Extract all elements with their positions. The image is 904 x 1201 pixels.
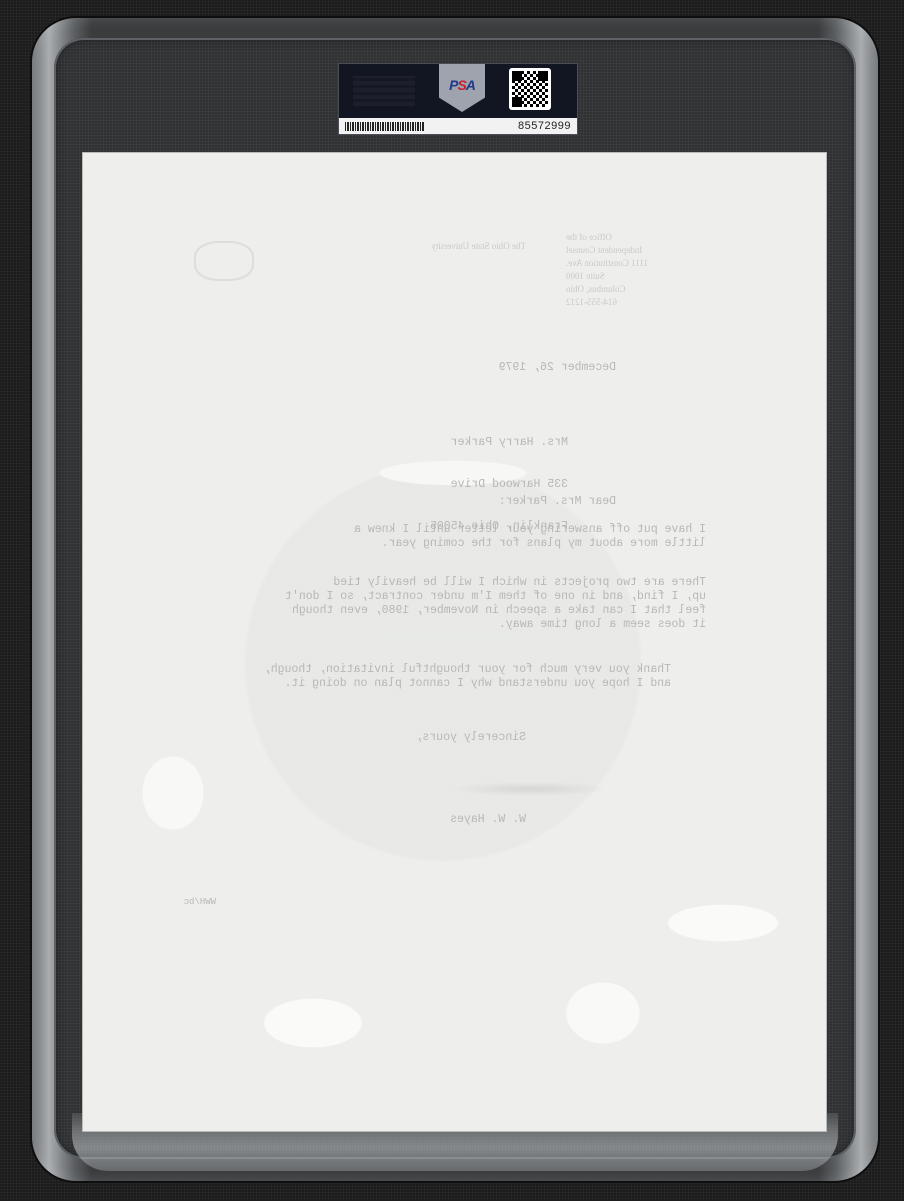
letterhead-left: Office of the Independent Counsel 1111 C… — [566, 231, 716, 309]
letterhead-line: Suite 1000 — [566, 270, 716, 283]
letter-paragraph: I have put off answering your letter unt… — [354, 523, 706, 551]
address-line: 335 Harwood Drive — [430, 478, 568, 492]
psa-logo-text: PSA — [449, 77, 475, 93]
letterhead-line: Columbus, Ohio — [566, 283, 716, 296]
barcode-icon — [345, 122, 425, 131]
letter-paragraph: Thank you very much for your thoughtful … — [264, 663, 671, 691]
letter-paper: Office of the Independent Counsel 1111 C… — [83, 153, 826, 1131]
letterhead-line: 614-555-1212 — [566, 296, 716, 309]
university-seal-icon — [194, 241, 254, 281]
closing: Sincerely yours, — [416, 731, 526, 745]
letter-paragraph: There are two projects in which I will b… — [285, 576, 706, 632]
salutation: Dear Mrs. Parker: — [499, 495, 616, 509]
qr-code-icon[interactable] — [509, 68, 551, 110]
letterhead-line: Independent Counsel — [566, 244, 716, 257]
signer-name: W. W. Hayes — [450, 813, 526, 827]
letter-date: December 26, 1979 — [499, 361, 616, 375]
label-description-text — [353, 76, 415, 106]
typist-initials: WWH/bc — [184, 895, 216, 909]
letterhead-line: Office of the — [566, 231, 716, 244]
signature — [416, 765, 646, 806]
letterhead-line: 1111 Constitution Ave. — [566, 257, 716, 270]
psa-logo-icon: PSA — [439, 64, 485, 112]
psa-label: PSA 85572999 — [338, 63, 578, 135]
address-line: Mrs. Harry Parker — [430, 436, 568, 450]
cert-number: 85572999 — [518, 120, 571, 132]
label-barcode-strip: 85572999 — [339, 118, 577, 134]
letterhead-right: The Ohio State University — [431, 241, 526, 251]
